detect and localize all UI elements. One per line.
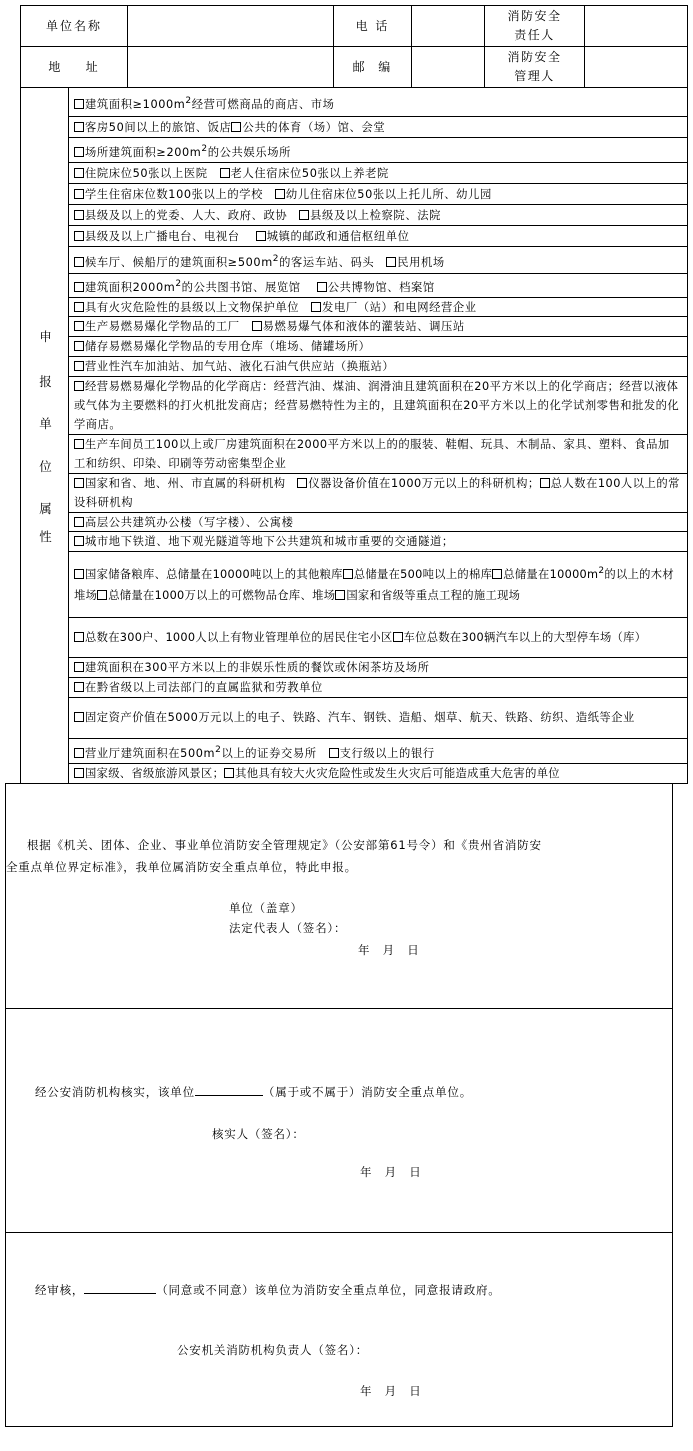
checkbox-icon[interactable] [74, 536, 84, 546]
checkbox-icon[interactable] [74, 189, 84, 199]
category-option-20[interactable]: 总数在300户、1000人以上有物业管理单位的居民住宅小区车位总数在300辆汽车… [68, 617, 688, 657]
unit-name-label: 单位名称 [20, 5, 128, 47]
postcode-label: 邮 编 [333, 46, 412, 88]
category-option-19[interactable]: 国家储备粮库、总储量在10000吨以上的其他粮库总储量在500吨以上的棉库总储量… [68, 551, 688, 617]
checkbox-icon[interactable] [74, 257, 84, 267]
safety-responsible-field[interactable] [584, 5, 688, 47]
category-char-2: 报 [21, 372, 70, 390]
checkbox-icon[interactable] [74, 147, 84, 157]
category-option-14[interactable]: 经营易燃易爆化学物品的化学商店：经营汽油、煤油、润滑油且建筑面积在20平方米以上… [68, 376, 688, 434]
checkbox-icon[interactable] [252, 321, 262, 331]
checkbox-icon[interactable] [74, 748, 84, 758]
category-option-4[interactable]: 住院床位50张以上医院 老人住宿床位50张以上养老院 [68, 162, 688, 183]
application-date[interactable]: 年 月 日 [358, 939, 420, 961]
checkbox-icon[interactable] [74, 341, 84, 351]
checkbox-icon[interactable] [74, 168, 84, 178]
checkbox-icon[interactable] [74, 99, 84, 109]
checkbox-icon[interactable] [224, 768, 234, 778]
checkbox-icon[interactable] [74, 478, 84, 488]
checkbox-icon[interactable] [540, 478, 550, 488]
checkbox-icon[interactable] [256, 231, 266, 241]
agree-blank-input[interactable] [84, 1281, 156, 1294]
checkbox-icon[interactable] [299, 210, 309, 220]
address-field[interactable] [127, 46, 334, 88]
checkbox-icon[interactable] [393, 632, 403, 642]
category-option-18[interactable]: 城市地下铁道、地下观光隧道等地下公共建筑和城市重要的交通隧道； [68, 531, 688, 551]
checkbox-icon[interactable] [335, 590, 345, 600]
verification-date[interactable]: 年 月 日 [360, 1161, 422, 1183]
category-option-3[interactable]: 场所建筑面积≥200m2的公共娱乐场所 [68, 137, 688, 162]
checkbox-icon[interactable] [74, 682, 84, 692]
checkbox-icon[interactable] [492, 569, 502, 579]
category-option-24[interactable]: 营业厅建筑面积在500m2以上的证券交易所 支行级以上的银行 [68, 738, 688, 763]
checkbox-icon[interactable] [231, 122, 241, 132]
category-option-1[interactable]: 建筑面积≥1000m2经营可燃商品的商店、市场 [68, 87, 688, 116]
safety-responsible-label: 消防安全 责任人 [484, 5, 585, 47]
checkbox-icon[interactable] [74, 361, 84, 371]
category-char-6: 性 [21, 527, 70, 545]
verification-statement: 经公安消防机构核实，该单位（属于或不属于）消防安全重点单位。 [35, 1081, 472, 1103]
checkbox-icon[interactable] [74, 381, 84, 391]
checkbox-icon[interactable] [74, 517, 84, 527]
category-option-25[interactable]: 国家级、省级旅游风景区；其他具有较大火灾危险性或发生火灾后可能造成重大危害的单位 [68, 763, 688, 784]
category-option-22[interactable]: 在黔省级以上司法部门的直属监狱和劳教单位 [68, 677, 688, 697]
category-option-6[interactable]: 县级及以上的党委、人大、政府、政协 县级及以上检察院、法院 [68, 204, 688, 225]
fire-agency-head-signature-label[interactable]: 公安机关消防机构负责人（签名）： [177, 1339, 368, 1361]
checkbox-icon[interactable] [74, 569, 84, 579]
verifier-signature-label[interactable]: 核实人（签名）： [212, 1123, 305, 1145]
address-label: 地 址 [20, 46, 128, 88]
checkbox-icon[interactable] [74, 439, 84, 449]
category-option-9[interactable]: 建筑面积2000m2的公共图书馆、展览馆 公共博物馆、档案馆 [68, 273, 688, 297]
category-char-5: 属 [21, 499, 70, 517]
category-option-13[interactable]: 营业性汽车加油站、加气站、液化石油气供应站（换瓶站） [68, 356, 688, 376]
unit-seal-label[interactable]: 单位（盖章） [229, 897, 303, 919]
checkbox-icon[interactable] [74, 712, 84, 722]
category-option-15[interactable]: 生产车间员工100以上或厂房建筑面积在2000平方米以上的的服装、鞋帽、玩具、木… [68, 434, 688, 473]
checkbox-icon[interactable] [329, 748, 339, 758]
review-text-before: 经审核， [35, 1283, 84, 1297]
safety-responsible-label-line2: 责任人 [514, 26, 555, 45]
statement-line-2: 全重点单位界定标准》，我单位属消防安全重点单位，特此申报。 [6, 856, 656, 878]
safety-manager-label-line1: 消防安全 [507, 48, 561, 67]
unit-name-field[interactable] [127, 5, 334, 47]
category-option-16[interactable]: 国家和省、地、州、市直属的科研机构 仪器设备价值在1000万元以上的科研机构；总… [68, 473, 688, 512]
safety-manager-field[interactable] [584, 46, 688, 88]
checkbox-icon[interactable] [74, 210, 84, 220]
category-option-10[interactable]: 具有火灾危险性的县级以上文物保护单位 发电厂（站）和电网经营企业 [68, 297, 688, 316]
checkbox-icon[interactable] [74, 662, 84, 672]
category-char-1: 申 [21, 327, 70, 345]
category-label-column: 申 报 单 位 属 性 [20, 87, 69, 784]
checkbox-icon[interactable] [74, 302, 84, 312]
checkbox-icon[interactable] [317, 282, 327, 292]
verification-text-after: （属于或不属于）消防安全重点单位。 [263, 1085, 472, 1099]
legal-rep-signature-label[interactable]: 法定代表人（签名）： [229, 917, 346, 939]
review-section: 经审核，（同意或不同意）该单位为消防安全重点单位，同意报请政府。 公安机关消防机… [5, 1232, 673, 1427]
category-option-21[interactable]: 建筑面积在300平方米以上的非娱乐性质的餐饮或休闲茶坊及场所 [68, 657, 688, 677]
safety-responsible-label-line1: 消防安全 [507, 7, 561, 26]
safety-manager-label: 消防安全 管理人 [484, 46, 585, 88]
checkbox-icon[interactable] [74, 321, 84, 331]
checkbox-icon[interactable] [275, 189, 285, 199]
checkbox-icon[interactable] [311, 302, 321, 312]
review-statement: 经审核，（同意或不同意）该单位为消防安全重点单位，同意报请政府。 [35, 1279, 501, 1301]
category-option-23[interactable]: 固定资产价值在5000万元以上的电子、铁路、汽车、钢铁、造船、烟草、航天、铁路、… [68, 697, 688, 738]
checkbox-icon[interactable] [386, 257, 396, 267]
verification-text-before: 经公安消防机构核实，该单位 [35, 1085, 195, 1099]
category-option-12[interactable]: 储存易燃易爆化学物品的专用仓库（堆场、储罐场所） [68, 336, 688, 356]
statement-line-1: 根据《机关、团体、企业、事业单位消防安全管理规定》（公安部第61号令）和《贵州省… [27, 834, 677, 856]
category-option-17[interactable]: 高层公共建筑办公楼（写字楼）、公寓楼 [68, 512, 688, 531]
category-option-2[interactable]: 客房50间以上的旅馆、饭店公共的体育（场）馆、会堂 [68, 116, 688, 137]
category-option-7[interactable]: 县级及以上广播电台、电视台 城镇的邮政和通信枢纽单位 [68, 225, 688, 246]
verification-section: 经公安消防机构核实，该单位（属于或不属于）消防安全重点单位。 核实人（签名）： … [5, 1008, 673, 1233]
checkbox-icon[interactable] [220, 168, 230, 178]
category-char-4: 位 [21, 457, 70, 475]
phone-field[interactable] [411, 5, 485, 47]
checkbox-icon[interactable] [74, 768, 84, 778]
checkbox-icon[interactable] [343, 569, 353, 579]
category-char-3: 单 [21, 414, 70, 432]
checkbox-icon[interactable] [97, 590, 107, 600]
safety-manager-label-line2: 管理人 [514, 67, 555, 86]
checkbox-icon[interactable] [74, 632, 84, 642]
postcode-field[interactable] [411, 46, 485, 88]
category-option-8[interactable]: 候车厅、候船厅的建筑面积≥500m2的客运车站、码头 民用机场 [68, 246, 688, 273]
belongs-blank-input[interactable] [195, 1083, 263, 1096]
phone-label: 电 话 [333, 5, 412, 47]
application-section: 根据《机关、团体、企业、事业单位消防安全管理规定》（公安部第61号令）和《贵州省… [5, 783, 673, 1009]
checkbox-icon[interactable] [74, 282, 84, 292]
checkbox-icon[interactable] [74, 231, 84, 241]
checkbox-icon[interactable] [297, 478, 307, 488]
review-date[interactable]: 年 月 日 [360, 1380, 422, 1402]
category-option-11[interactable]: 生产易燃易爆化学物品的工厂 易燃易爆气体和液体的灌装站、调压站 [68, 316, 688, 336]
review-text-after: （同意或不同意）该单位为消防安全重点单位，同意报请政府。 [156, 1283, 500, 1297]
checkbox-icon[interactable] [74, 122, 84, 132]
category-option-5[interactable]: 学生住宿床位数100张以上的学校 幼儿住宿床位50张以上托儿所、幼儿园 [68, 183, 688, 204]
